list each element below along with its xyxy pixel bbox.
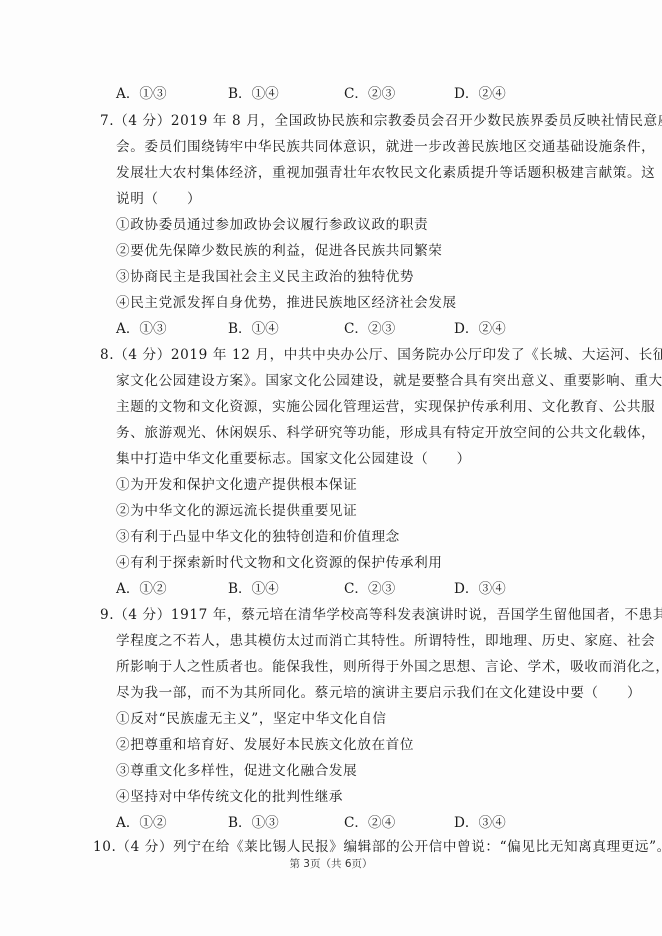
statement-1: ①为开发和保护文化遗产提供根本保证: [116, 476, 357, 494]
statement-2: ②为中华文化的源远流长提供重要见证: [116, 502, 357, 520]
prev-question-options: A．①③ B．①④ C．②③ D．②④: [116, 85, 576, 103]
option-c: C．②④: [344, 814, 395, 832]
question-stem-line: 学程度之不若人，患其模仿太过而消亡其特性。所谓特性，即地理、历史、家庭、社会: [116, 632, 655, 650]
answer-options: A．①③ B．①④ C．②③ D．②④: [116, 320, 576, 338]
statement-3: ③协商民主是我国社会主义民主政治的独特优势: [116, 268, 414, 286]
answer-options: A．①② B．①③ C．②④ D．③④: [116, 814, 576, 832]
statement-1: ①政协委员通过参加政协会议履行参政议政的职责: [116, 216, 428, 234]
question-stem-line: 说明（ ）: [116, 190, 201, 208]
question-stem-line: 7.（4 分）2019 年 8 月，全国政协民族和宗教委员会召开少数民族界委员反…: [100, 112, 662, 130]
question-stem-line: 主题的文物和文化资源，实施公园化管理运营，实现保护传承利用、文化教育、公共服: [116, 398, 655, 416]
option-d: D．②④: [454, 320, 506, 338]
exam-page: A．①③ B．①④ C．②③ D．②④ 7.（4 分）2019 年 8 月，全国…: [0, 0, 662, 936]
option-b: B．①④: [228, 320, 279, 338]
statement-4: ④民主党派发挥自身优势，推进民族地区经济社会发展: [116, 294, 457, 312]
statement-3: ③尊重文化多样性，促进文化融合发展: [116, 762, 357, 780]
statement-4: ④有利于探索新时代文物和文化资源的保护传承利用: [116, 554, 442, 572]
page-number-footer: 第 3页（共 6页）: [0, 856, 662, 871]
option-d: D．③④: [454, 814, 506, 832]
option-c: C．②③: [344, 85, 395, 103]
option-a: A．①③: [116, 85, 167, 103]
answer-options: A．①② B．①④ C．②③ D．③④: [116, 580, 576, 598]
statement-4: ④坚持对中华传统文化的批判性继承: [116, 788, 343, 806]
question-stem-line: 家文化公园建设方案》。国家文化公园建设，就是要整合具有突出意义、重要影响、重大: [116, 372, 662, 390]
statement-3: ③有利于凸显中华文化的独特创造和价值理念: [116, 528, 400, 546]
option-d: D．②④: [454, 85, 506, 103]
question-stem-line: 8.（4 分）2019 年 12 月，中共中央办公厅、国务院办公厅印发了《长城、…: [100, 346, 662, 364]
question-stem-line: 会。委员们围绕铸牢中华民族共同体意识，就进一步改善民族地区交通基础设施条件，: [116, 138, 655, 156]
question-stem-line: 发展壮大农村集体经济，重视加强青壮年农牧民文化素质提升等话题积极建言献策。这: [116, 164, 655, 182]
option-a: A．①②: [116, 814, 167, 832]
question-stem-line: 所影响于人之性质者也。能保我性，则所得于外国之思想、言论、学术，吸收而消化之，: [116, 658, 662, 676]
question-stem-line: 10.（4 分）列宁在给《莱比锡人民报》编辑部的公开信中曾说：“偏见比无知离真理…: [93, 838, 662, 856]
option-d: D．③④: [454, 580, 506, 598]
question-stem-line: 集中打造中华文化重要标志。国家文化公园建设（ ）: [116, 450, 471, 468]
option-b: B．①④: [228, 580, 279, 598]
option-b: B．①④: [228, 85, 279, 103]
question-stem-line: 尽为我一部，而不为其所同化。蔡元培的演讲主要启示我们在文化建设中要（ ）: [116, 684, 641, 702]
option-a: A．①③: [116, 320, 167, 338]
statement-2: ②把尊重和培育好、发展好本民族文化放在首位: [116, 736, 414, 754]
option-b: B．①③: [228, 814, 279, 832]
option-a: A．①②: [116, 580, 167, 598]
question-stem-line: 务、旅游观光、休闲娱乐、科学研究等功能，形成具有特定开放空间的公共文化载体，: [116, 424, 655, 442]
option-c: C．②③: [344, 580, 395, 598]
statement-2: ②要优先保障少数民族的利益，促进各民族共同繁荣: [116, 242, 442, 260]
question-stem-line: 9.（4 分）1917 年，蔡元培在清华学校高等科发表演讲时说，吾国学生留他国者…: [100, 606, 662, 624]
option-c: C．②③: [344, 320, 395, 338]
statement-1: ①反对“民族虚无主义”，坚定中华文化自信: [116, 710, 387, 728]
